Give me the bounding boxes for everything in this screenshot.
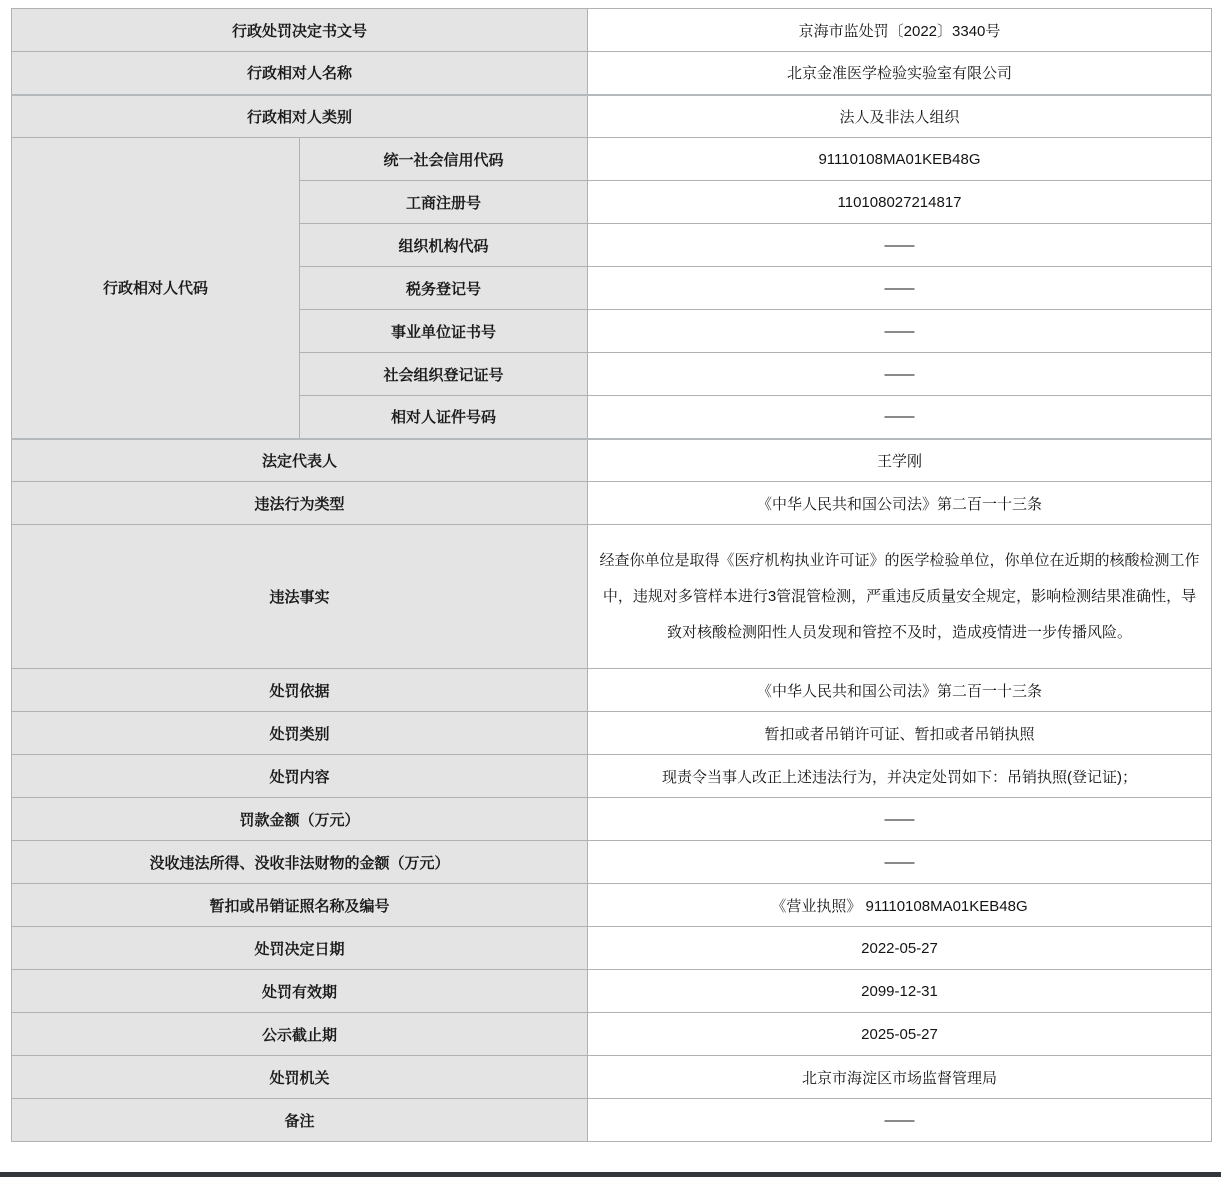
violation-facts-value: 经查你单位是取得《医疗机构执业许可证》的医学检验单位，你单位在近期的核酸检测工作…	[588, 525, 1212, 669]
fine-amount-value: ——	[588, 798, 1212, 841]
penalty-decision-date-value: 2022-05-27	[588, 927, 1212, 970]
penalty-valid-until-value: 2099-12-31	[588, 970, 1212, 1013]
penalty-valid-until-label: 处罚有效期	[12, 970, 588, 1013]
row-confiscation-amount: 没收违法所得、没收非法财物的金额（万元） ——	[12, 841, 1212, 884]
public-institution-certificate-number-value: ——	[588, 310, 1212, 353]
penalty-basis-label: 处罚依据	[12, 669, 588, 712]
row-penalty-decision-doc-number: 行政处罚决定书文号 京海市监处罚〔2022〕3340号	[12, 9, 1212, 52]
penalty-content-label: 处罚内容	[12, 755, 588, 798]
revoked-license-name-number-label: 暂扣或吊销证照名称及编号	[12, 884, 588, 927]
row-revoked-license-name-number: 暂扣或吊销证照名称及编号 《营业执照》 91110108MA01KEB48G	[12, 884, 1212, 927]
row-penalty-category: 处罚类别 暂扣或者吊销许可证、暂扣或者吊销执照	[12, 712, 1212, 755]
row-penalty-basis: 处罚依据 《中华人民共和国公司法》第二百一十三条	[12, 669, 1212, 712]
row-violation-type: 违法行为类型 《中华人民共和国公司法》第二百一十三条	[12, 482, 1212, 525]
revoked-license-name-number-value: 《营业执照》 91110108MA01KEB48G	[588, 884, 1212, 927]
row-penalty-authority: 处罚机关 北京市海淀区市场监督管理局	[12, 1056, 1212, 1099]
penalty-decision-date-label: 处罚决定日期	[12, 927, 588, 970]
violation-type-label: 违法行为类型	[12, 482, 588, 525]
business-registration-number-label: 工商注册号	[300, 181, 588, 224]
fine-amount-label: 罚款金额（万元）	[12, 798, 588, 841]
row-publicity-end-date: 公示截止期 2025-05-27	[12, 1013, 1212, 1056]
penalty-record-table: 行政处罚决定书文号 京海市监处罚〔2022〕3340号 行政相对人名称 北京金准…	[11, 8, 1212, 1142]
row-violation-facts: 违法事实 经查你单位是取得《医疗机构执业许可证》的医学检验单位，你单位在近期的核…	[12, 525, 1212, 669]
confiscation-amount-value: ——	[588, 841, 1212, 884]
violation-facts-label: 违法事实	[12, 525, 588, 669]
party-id-number-value: ——	[588, 396, 1212, 439]
publicity-end-date-value: 2025-05-27	[588, 1013, 1212, 1056]
party-type-value: 法人及非法人组织	[588, 95, 1212, 138]
remarks-value: ——	[588, 1099, 1212, 1142]
row-party-type: 行政相对人类别 法人及非法人组织	[12, 95, 1212, 138]
party-type-label: 行政相对人类别	[12, 95, 588, 138]
penalty-authority-value: 北京市海淀区市场监督管理局	[588, 1056, 1212, 1099]
penalty-decision-doc-number-value: 京海市监处罚〔2022〕3340号	[588, 9, 1212, 52]
row-remarks: 备注 ——	[12, 1099, 1212, 1142]
party-id-number-label: 相对人证件号码	[300, 396, 588, 439]
penalty-decision-doc-number-label: 行政处罚决定书文号	[12, 9, 588, 52]
row-party-name: 行政相对人名称 北京金准医学检验实验室有限公司	[12, 52, 1212, 95]
unified-social-credit-code-label: 统一社会信用代码	[300, 138, 588, 181]
organization-code-label: 组织机构代码	[300, 224, 588, 267]
party-code-group-label: 行政相对人代码	[12, 138, 300, 439]
legal-representative-value: 王学刚	[588, 439, 1212, 482]
remarks-label: 备注	[12, 1099, 588, 1142]
row-penalty-valid-until: 处罚有效期 2099-12-31	[12, 970, 1212, 1013]
social-organization-registration-number-label: 社会组织登记证号	[300, 353, 588, 396]
penalty-authority-label: 处罚机关	[12, 1056, 588, 1099]
penalty-category-label: 处罚类别	[12, 712, 588, 755]
social-organization-registration-number-value: ——	[588, 353, 1212, 396]
public-institution-certificate-number-label: 事业单位证书号	[300, 310, 588, 353]
unified-social-credit-code-value: 91110108MA01KEB48G	[588, 138, 1212, 181]
business-registration-number-value: 110108027214817	[588, 181, 1212, 224]
penalty-category-value: 暂扣或者吊销许可证、暂扣或者吊销执照	[588, 712, 1212, 755]
row-fine-amount: 罚款金额（万元） ——	[12, 798, 1212, 841]
party-name-label: 行政相对人名称	[12, 52, 588, 95]
organization-code-value: ——	[588, 224, 1212, 267]
penalty-content-value: 现责令当事人改正上述违法行为，并决定处罚如下：吊销执照(登记证)；	[588, 755, 1212, 798]
publicity-end-date-label: 公示截止期	[12, 1013, 588, 1056]
tax-registration-number-label: 税务登记号	[300, 267, 588, 310]
page-bottom-divider	[0, 1172, 1221, 1177]
confiscation-amount-label: 没收违法所得、没收非法财物的金额（万元）	[12, 841, 588, 884]
row-penalty-content: 处罚内容 现责令当事人改正上述违法行为，并决定处罚如下：吊销执照(登记证)；	[12, 755, 1212, 798]
legal-representative-label: 法定代表人	[12, 439, 588, 482]
row-penalty-decision-date: 处罚决定日期 2022-05-27	[12, 927, 1212, 970]
party-name-value: 北京金准医学检验实验室有限公司	[588, 52, 1212, 95]
penalty-basis-value: 《中华人民共和国公司法》第二百一十三条	[588, 669, 1212, 712]
row-legal-representative: 法定代表人 王学刚	[12, 439, 1212, 482]
row-unified-social-credit-code: 行政相对人代码 统一社会信用代码 91110108MA01KEB48G	[12, 138, 1212, 181]
tax-registration-number-value: ——	[588, 267, 1212, 310]
violation-type-value: 《中华人民共和国公司法》第二百一十三条	[588, 482, 1212, 525]
penalty-record-table-wrap: 行政处罚决定书文号 京海市监处罚〔2022〕3340号 行政相对人名称 北京金准…	[11, 8, 1211, 1142]
